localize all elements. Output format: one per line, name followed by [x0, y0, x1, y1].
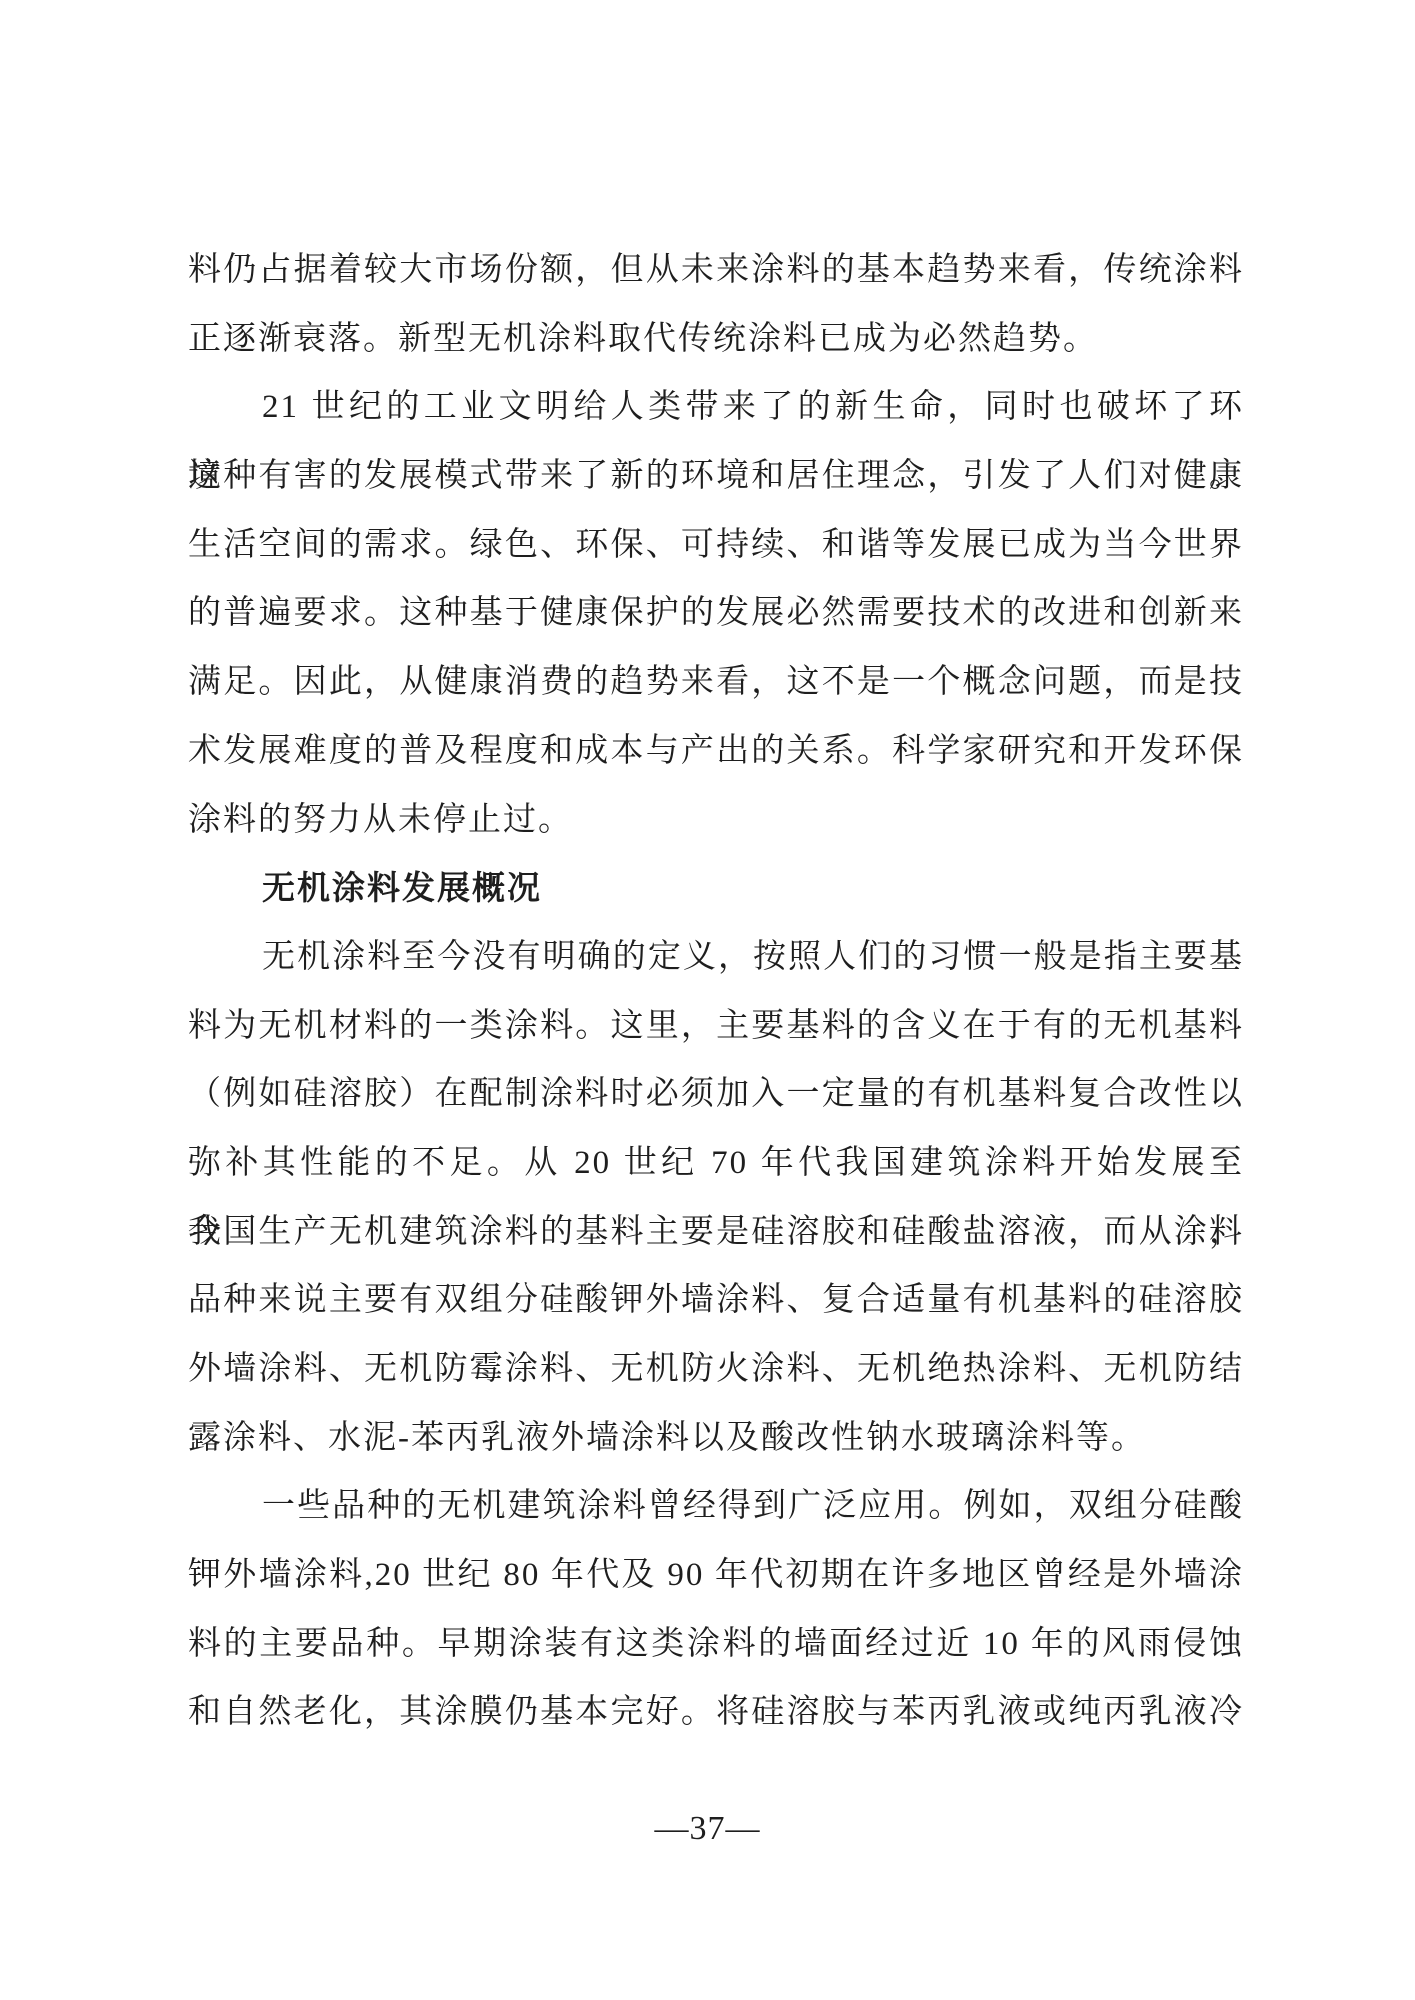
paragraph: 一些品种的无机建筑涂料曾经得到广泛应用。例如，双组分硅酸 钾外墙涂料,20 世纪…	[188, 1472, 1244, 1747]
text-line: 术发展难度的普及程度和成本与产出的关系。科学家研究和开发环保	[188, 717, 1244, 786]
section-heading: 无机涂料发展概况	[188, 854, 1244, 923]
text-line: 21 世纪的工业文明给人类带来了的新生命，同时也破坏了环境。	[188, 373, 1244, 442]
text-line: 无机涂料至今没有明确的定义，按照人们的习惯一般是指主要基	[188, 923, 1244, 992]
paragraph: 料仍占据着较大市场份额，但从未来涂料的基本趋势来看，传统涂料 正逐渐衰落。新型无…	[188, 236, 1244, 373]
text-line: 涂料的努力从未停止过。	[188, 786, 1244, 855]
text-line: 我国生产无机建筑涂料的基料主要是硅溶胶和硅酸盐溶液，而从涂料	[188, 1198, 1244, 1267]
text-line: 露涂料、水泥-苯丙乳液外墙涂料以及酸改性钠水玻璃涂料等。	[188, 1404, 1244, 1473]
text-line: 料的主要品种。早期涂装有这类涂料的墙面经过近 10 年的风雨侵蚀	[188, 1610, 1244, 1679]
text-line: 料仍占据着较大市场份额，但从未来涂料的基本趋势来看，传统涂料	[188, 236, 1244, 305]
text-line: 钾外墙涂料,20 世纪 80 年代及 90 年代初期在许多地区曾经是外墙涂	[188, 1541, 1244, 1610]
text-line: 生活空间的需求。绿色、环保、可持续、和谐等发展已成为当今世界	[188, 511, 1244, 580]
text-line: 外墙涂料、无机防霉涂料、无机防火涂料、无机绝热涂料、无机防结	[188, 1335, 1244, 1404]
text-line: 料为无机材料的一类涂料。这里，主要基料的含义在于有的无机基料	[188, 992, 1244, 1061]
text-line: 弥补其性能的不足。从 20 世纪 70 年代我国建筑涂料开始发展至今，	[188, 1129, 1244, 1198]
paragraph: 21 世纪的工业文明给人类带来了的新生命，同时也破坏了环境。 这种有害的发展模式…	[188, 373, 1244, 854]
text-line: 一些品种的无机建筑涂料曾经得到广泛应用。例如，双组分硅酸	[188, 1472, 1244, 1541]
paragraph: 无机涂料至今没有明确的定义，按照人们的习惯一般是指主要基 料为无机材料的一类涂料…	[188, 923, 1244, 1473]
text-line: （例如硅溶胶）在配制涂料时必须加入一定量的有机基料复合改性以	[188, 1060, 1244, 1129]
text-line: 品种来说主要有双组分硅酸钾外墙涂料、复合适量有机基料的硅溶胶	[188, 1266, 1244, 1335]
text-block: 料仍占据着较大市场份额，但从未来涂料的基本趋势来看，传统涂料 正逐渐衰落。新型无…	[188, 236, 1244, 1747]
text-line: 这种有害的发展模式带来了新的环境和居住理念，引发了人们对健康	[188, 442, 1244, 511]
text-line: 正逐渐衰落。新型无机涂料取代传统涂料已成为必然趋势。	[188, 305, 1244, 374]
page-number: —37—	[0, 1810, 1415, 1848]
text-line: 的普遍要求。这种基于健康保护的发展必然需要技术的改进和创新来	[188, 579, 1244, 648]
text-line: 和自然老化，其涂膜仍基本完好。将硅溶胶与苯丙乳液或纯丙乳液冷	[188, 1678, 1244, 1747]
text-line: 满足。因此，从健康消费的趋势来看，这不是一个概念问题，而是技	[188, 648, 1244, 717]
document-page: 料仍占据着较大市场份额，但从未来涂料的基本趋势来看，传统涂料 正逐渐衰落。新型无…	[0, 0, 1415, 2000]
